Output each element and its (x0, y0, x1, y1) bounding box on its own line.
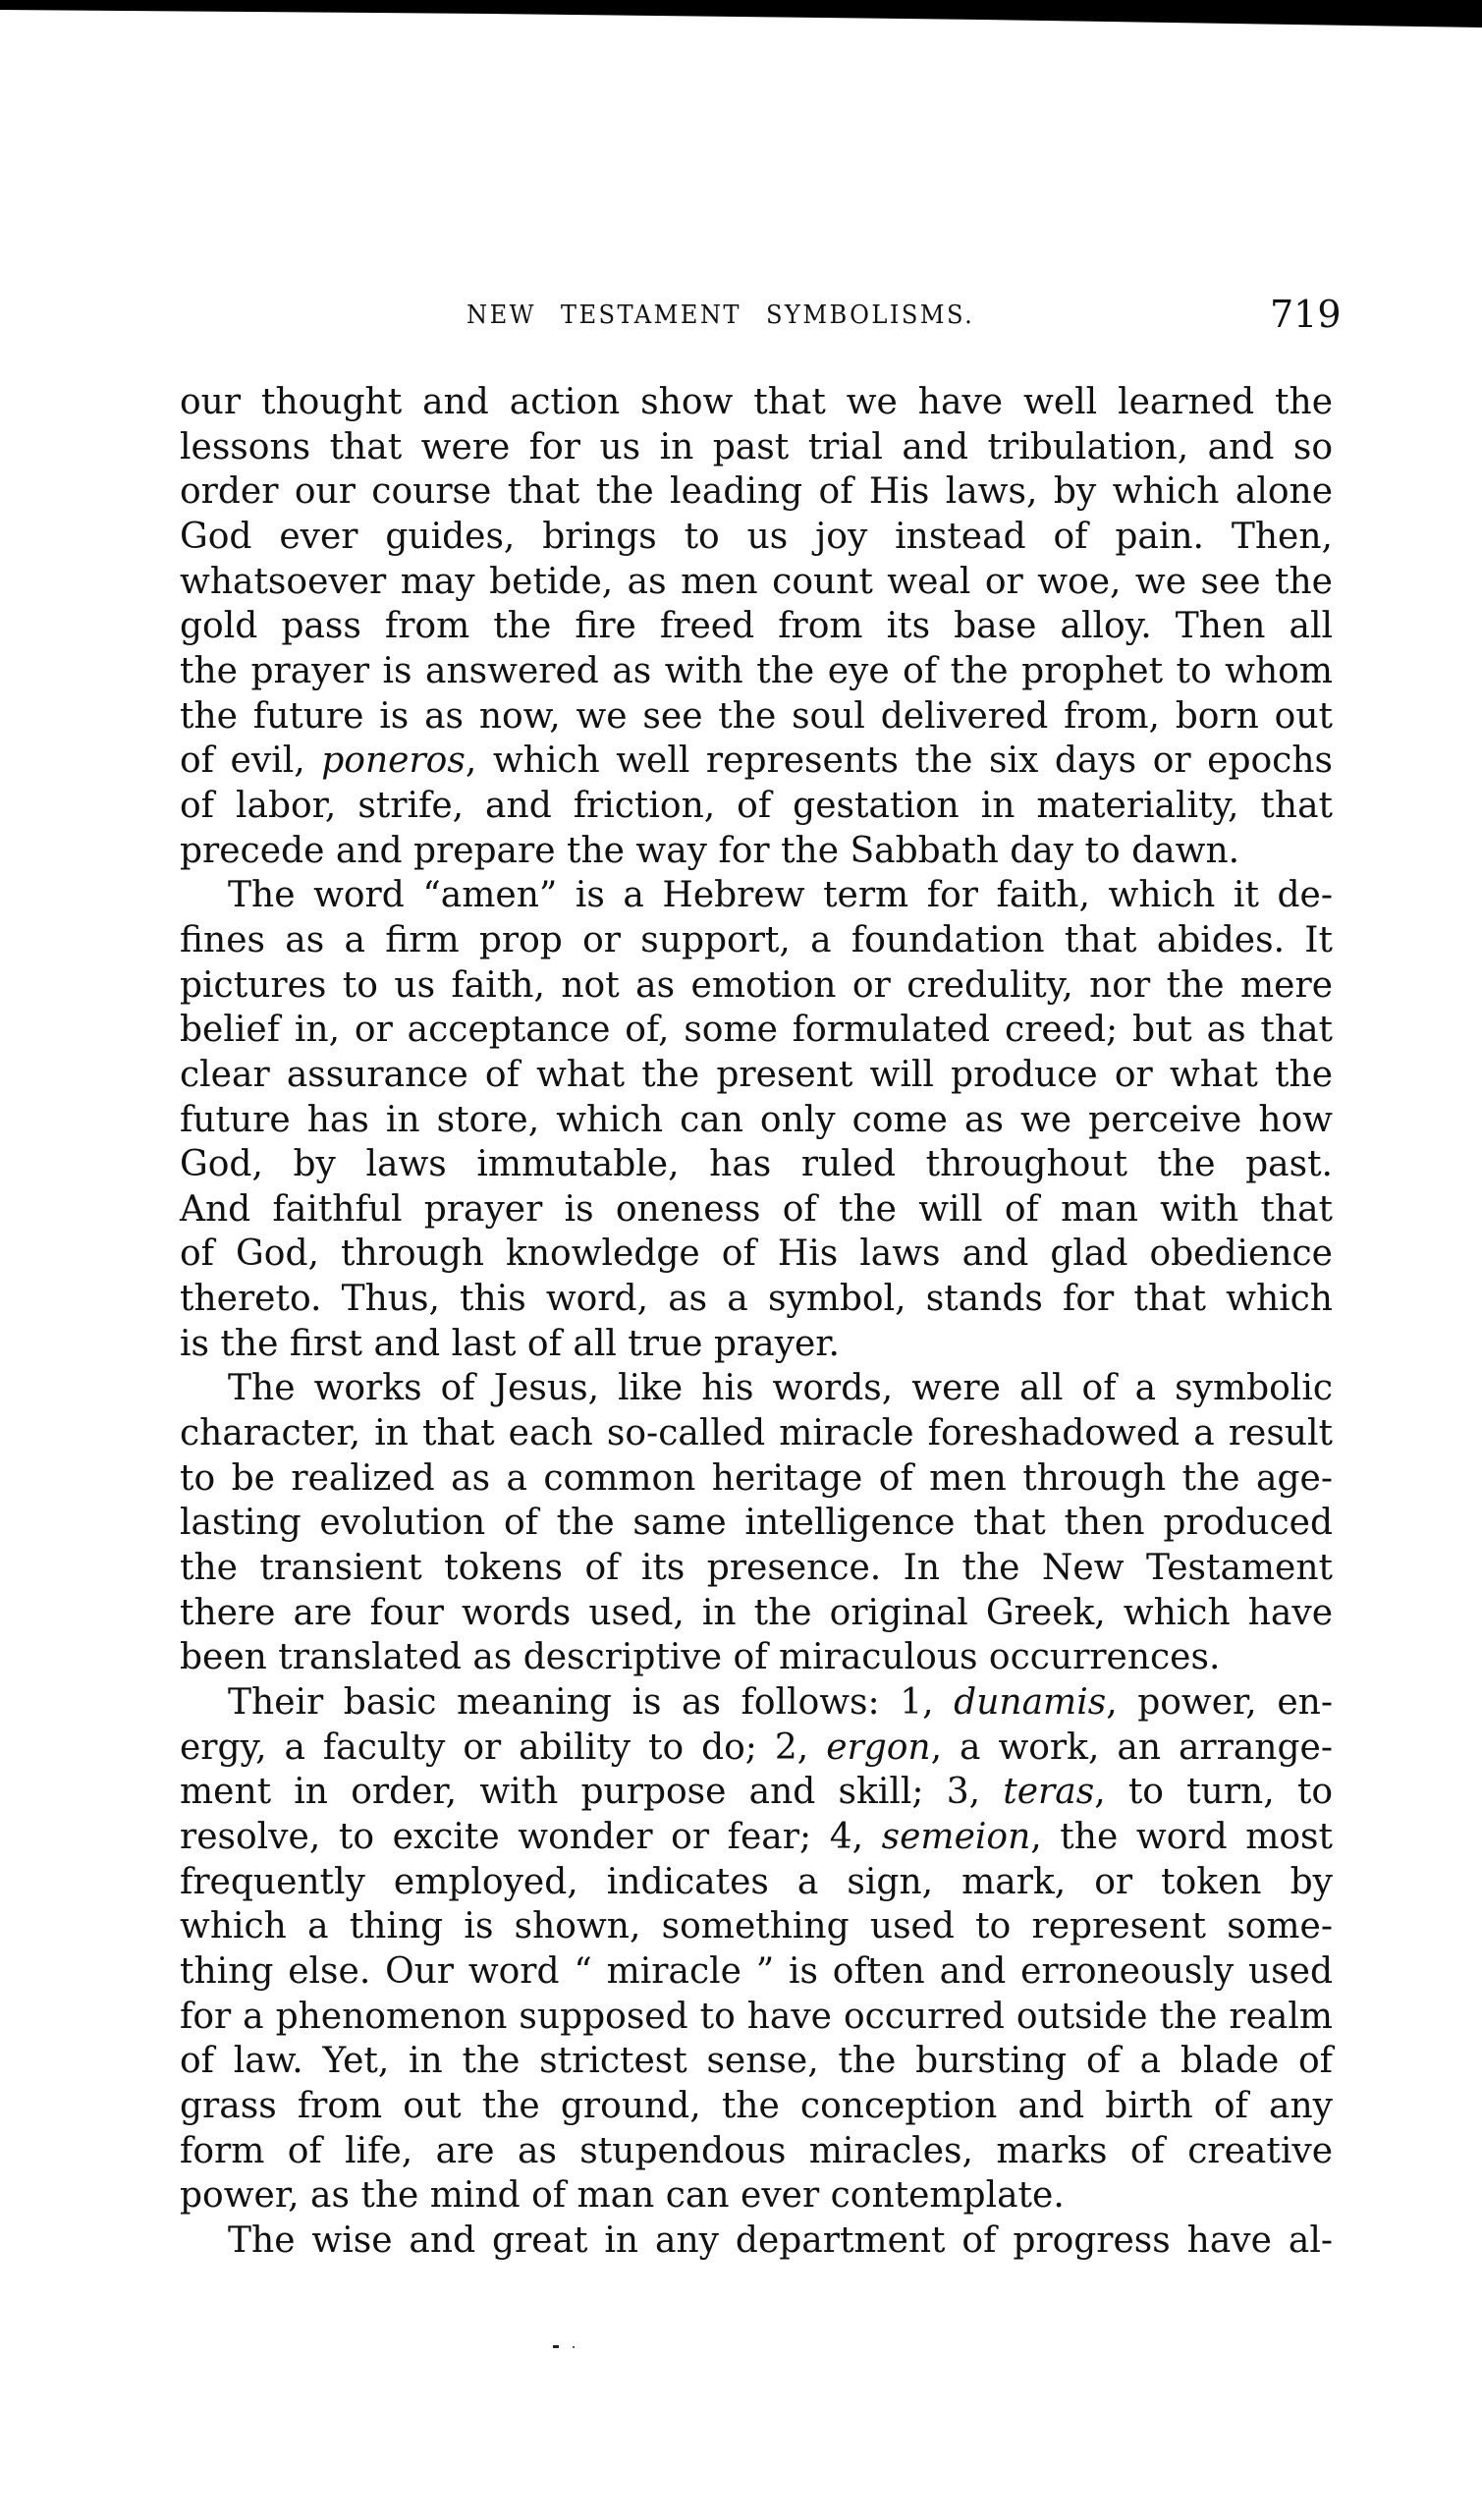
text-line: which a thing is shown, something used t… (180, 1904, 1333, 1949)
line-text: to be realized as a common heritage of m… (180, 1456, 1333, 1502)
text-line: lessons that were for us in past trial a… (180, 425, 1333, 470)
line-text: grass from out the ground, the conceptio… (180, 2084, 1333, 2129)
line-text: pictures to us faith, not as emotion or … (180, 963, 1333, 1009)
text-line: to be realized as a common heritage of m… (180, 1456, 1333, 1502)
line-text: our thought and action show that we have… (180, 380, 1333, 425)
text-line: grass from out the ground, the conceptio… (180, 2084, 1333, 2129)
scan-speck (553, 2345, 559, 2348)
line-text: of God, through knowledge of His laws an… (180, 1232, 1333, 1277)
text-line: the transient tokens of its presence. In… (180, 1546, 1333, 1591)
italic-term: dunamis (954, 1682, 1106, 1723)
text-line: is the first and last of all true prayer… (180, 1322, 1333, 1367)
text-line: future has in store, which can only come… (180, 1098, 1333, 1143)
text-line: precede and prepare the way for the Sabb… (180, 829, 1333, 874)
line-text: the transient tokens of its presence. In… (180, 1546, 1333, 1591)
line-text: gold pass from the fire freed from its b… (180, 604, 1333, 649)
text-line: our thought and action show that we have… (180, 380, 1333, 425)
line-text: ergy, a faculty or ability to do; 2, erg… (180, 1726, 1333, 1771)
scan-edge-shadow (0, 0, 1482, 29)
line-text: God, by laws immutable, has ruled throug… (180, 1142, 1333, 1187)
italic-term: poneros (321, 740, 466, 781)
line-text: The word “amen” is a Hebrew term for fai… (228, 873, 1333, 918)
line-text: there are four words used, in the origin… (180, 1591, 1333, 1636)
line-text: the future is as now, we see the soul de… (180, 694, 1333, 740)
text-line: God, by laws immutable, has ruled throug… (180, 1142, 1333, 1187)
text-line: the prayer is answered as with the eye o… (180, 649, 1333, 694)
text-line: of evil, poneros, which well represents … (180, 739, 1333, 784)
line-text: resolve, to excite wonder or fear; 4, se… (180, 1815, 1333, 1860)
text-line: And faithful prayer is oneness of the wi… (180, 1187, 1333, 1233)
line-text: The wise and great in any department of … (228, 2219, 1333, 2264)
text-line: for a phenomenon supposed to have occurr… (180, 1995, 1333, 2040)
text-line: order our course that the leading of His… (180, 469, 1333, 515)
text-line: God ever guides, brings to us joy instea… (180, 515, 1333, 560)
text-line: of God, through knowledge of His laws an… (180, 1232, 1333, 1277)
line-text: precede and prepare the way for the Sabb… (180, 829, 1333, 874)
line-text: clear assurance of what the present will… (180, 1053, 1333, 1098)
italic-term: ergon (826, 1727, 930, 1768)
italic-term: semeion (882, 1817, 1031, 1857)
line-text: is the first and last of all true prayer… (180, 1322, 1333, 1367)
text-line: fines as a firm prop or support, a found… (180, 918, 1333, 963)
line-text: of evil, poneros, which well represents … (180, 739, 1333, 784)
paragraph-first-line: The word “amen” is a Hebrew term for fai… (180, 873, 1333, 918)
line-text: thereto. Thus, this word, as a symbol, s… (180, 1277, 1333, 1322)
line-text: form of life, are as stupendous miracles… (180, 2129, 1333, 2174)
line-text: lessons that were for us in past trial a… (180, 425, 1333, 470)
line-text: belief in, or acceptance of, some formul… (180, 1008, 1333, 1053)
text-line: form of life, are as stupendous miracles… (180, 2129, 1333, 2174)
line-text: of law. Yet, in the strictest sense, the… (180, 2039, 1333, 2084)
line-text: And faithful prayer is oneness of the wi… (180, 1187, 1333, 1233)
text-line: the future is as now, we see the soul de… (180, 694, 1333, 740)
scan-speck (573, 2346, 575, 2348)
line-text: frequently employed, indicates a sign, m… (180, 1860, 1333, 1905)
text-line: clear assurance of what the present will… (180, 1053, 1333, 1098)
text-line: of labor, strife, and friction, of gesta… (180, 784, 1333, 829)
line-text: future has in store, which can only come… (180, 1098, 1333, 1143)
line-text: lasting evolution of the same intelligen… (180, 1501, 1333, 1546)
text-line: there are four words used, in the origin… (180, 1591, 1333, 1636)
text-line: gold pass from the fire freed from its b… (180, 604, 1333, 649)
page-number: 719 (1270, 295, 1335, 334)
text-line: thing else. Our word “ miracle ” is ofte… (180, 1949, 1333, 1995)
line-text: whatsoever may betide, as men count weal… (180, 560, 1333, 605)
line-text: the prayer is answered as with the eye o… (180, 649, 1333, 694)
text-line: of law. Yet, in the strictest sense, the… (180, 2039, 1333, 2084)
line-text: order our course that the leading of His… (180, 469, 1333, 515)
line-text: fines as a firm prop or support, a found… (180, 918, 1333, 963)
text-line: ergy, a faculty or ability to do; 2, erg… (180, 1726, 1333, 1771)
line-text: God ever guides, brings to us joy instea… (180, 515, 1333, 560)
text-line: thereto. Thus, this word, as a symbol, s… (180, 1277, 1333, 1322)
line-text: for a phenomenon supposed to have occurr… (180, 1995, 1333, 2040)
text-line: been translated as descriptive of miracu… (180, 1635, 1333, 1680)
text-line: lasting evolution of the same intelligen… (180, 1501, 1333, 1546)
text-line: character, in that each so-called miracl… (180, 1411, 1333, 1456)
body-text: our thought and action show that we have… (180, 380, 1333, 2264)
line-text: thing else. Our word “ miracle ” is ofte… (180, 1949, 1333, 1995)
text-line: pictures to us faith, not as emotion or … (180, 963, 1333, 1009)
text-line: ment in order, with purpose and skill; 3… (180, 1770, 1333, 1815)
text-line: whatsoever may betide, as men count weal… (180, 560, 1333, 605)
italic-term: teras (1003, 1772, 1094, 1812)
text-line: belief in, or acceptance of, some formul… (180, 1008, 1333, 1053)
line-text: which a thing is shown, something used t… (180, 1904, 1333, 1949)
line-text: been translated as descriptive of miracu… (180, 1635, 1333, 1680)
paragraph-first-line: Their basic meaning is as follows: 1, du… (180, 1680, 1333, 1726)
text-line: frequently employed, indicates a sign, m… (180, 1860, 1333, 1905)
text-line: power, as the mind of man can ever conte… (180, 2173, 1333, 2219)
line-text: of labor, strife, and friction, of gesta… (180, 784, 1333, 829)
text-line: resolve, to excite wonder or fear; 4, se… (180, 1815, 1333, 1860)
line-text: power, as the mind of man can ever conte… (180, 2173, 1333, 2219)
paragraph-first-line: The wise and great in any department of … (180, 2219, 1333, 2264)
line-text: ment in order, with purpose and skill; 3… (180, 1770, 1333, 1815)
paragraph-first-line: The works of Jesus, like his words, were… (180, 1366, 1333, 1411)
running-head-title: NEW TESTAMENT SYMBOLISMS. (467, 301, 1023, 330)
line-text: character, in that each so-called miracl… (180, 1411, 1333, 1456)
line-text: The works of Jesus, like his words, were… (228, 1366, 1333, 1411)
line-text: Their basic meaning is as follows: 1, du… (228, 1680, 1333, 1726)
